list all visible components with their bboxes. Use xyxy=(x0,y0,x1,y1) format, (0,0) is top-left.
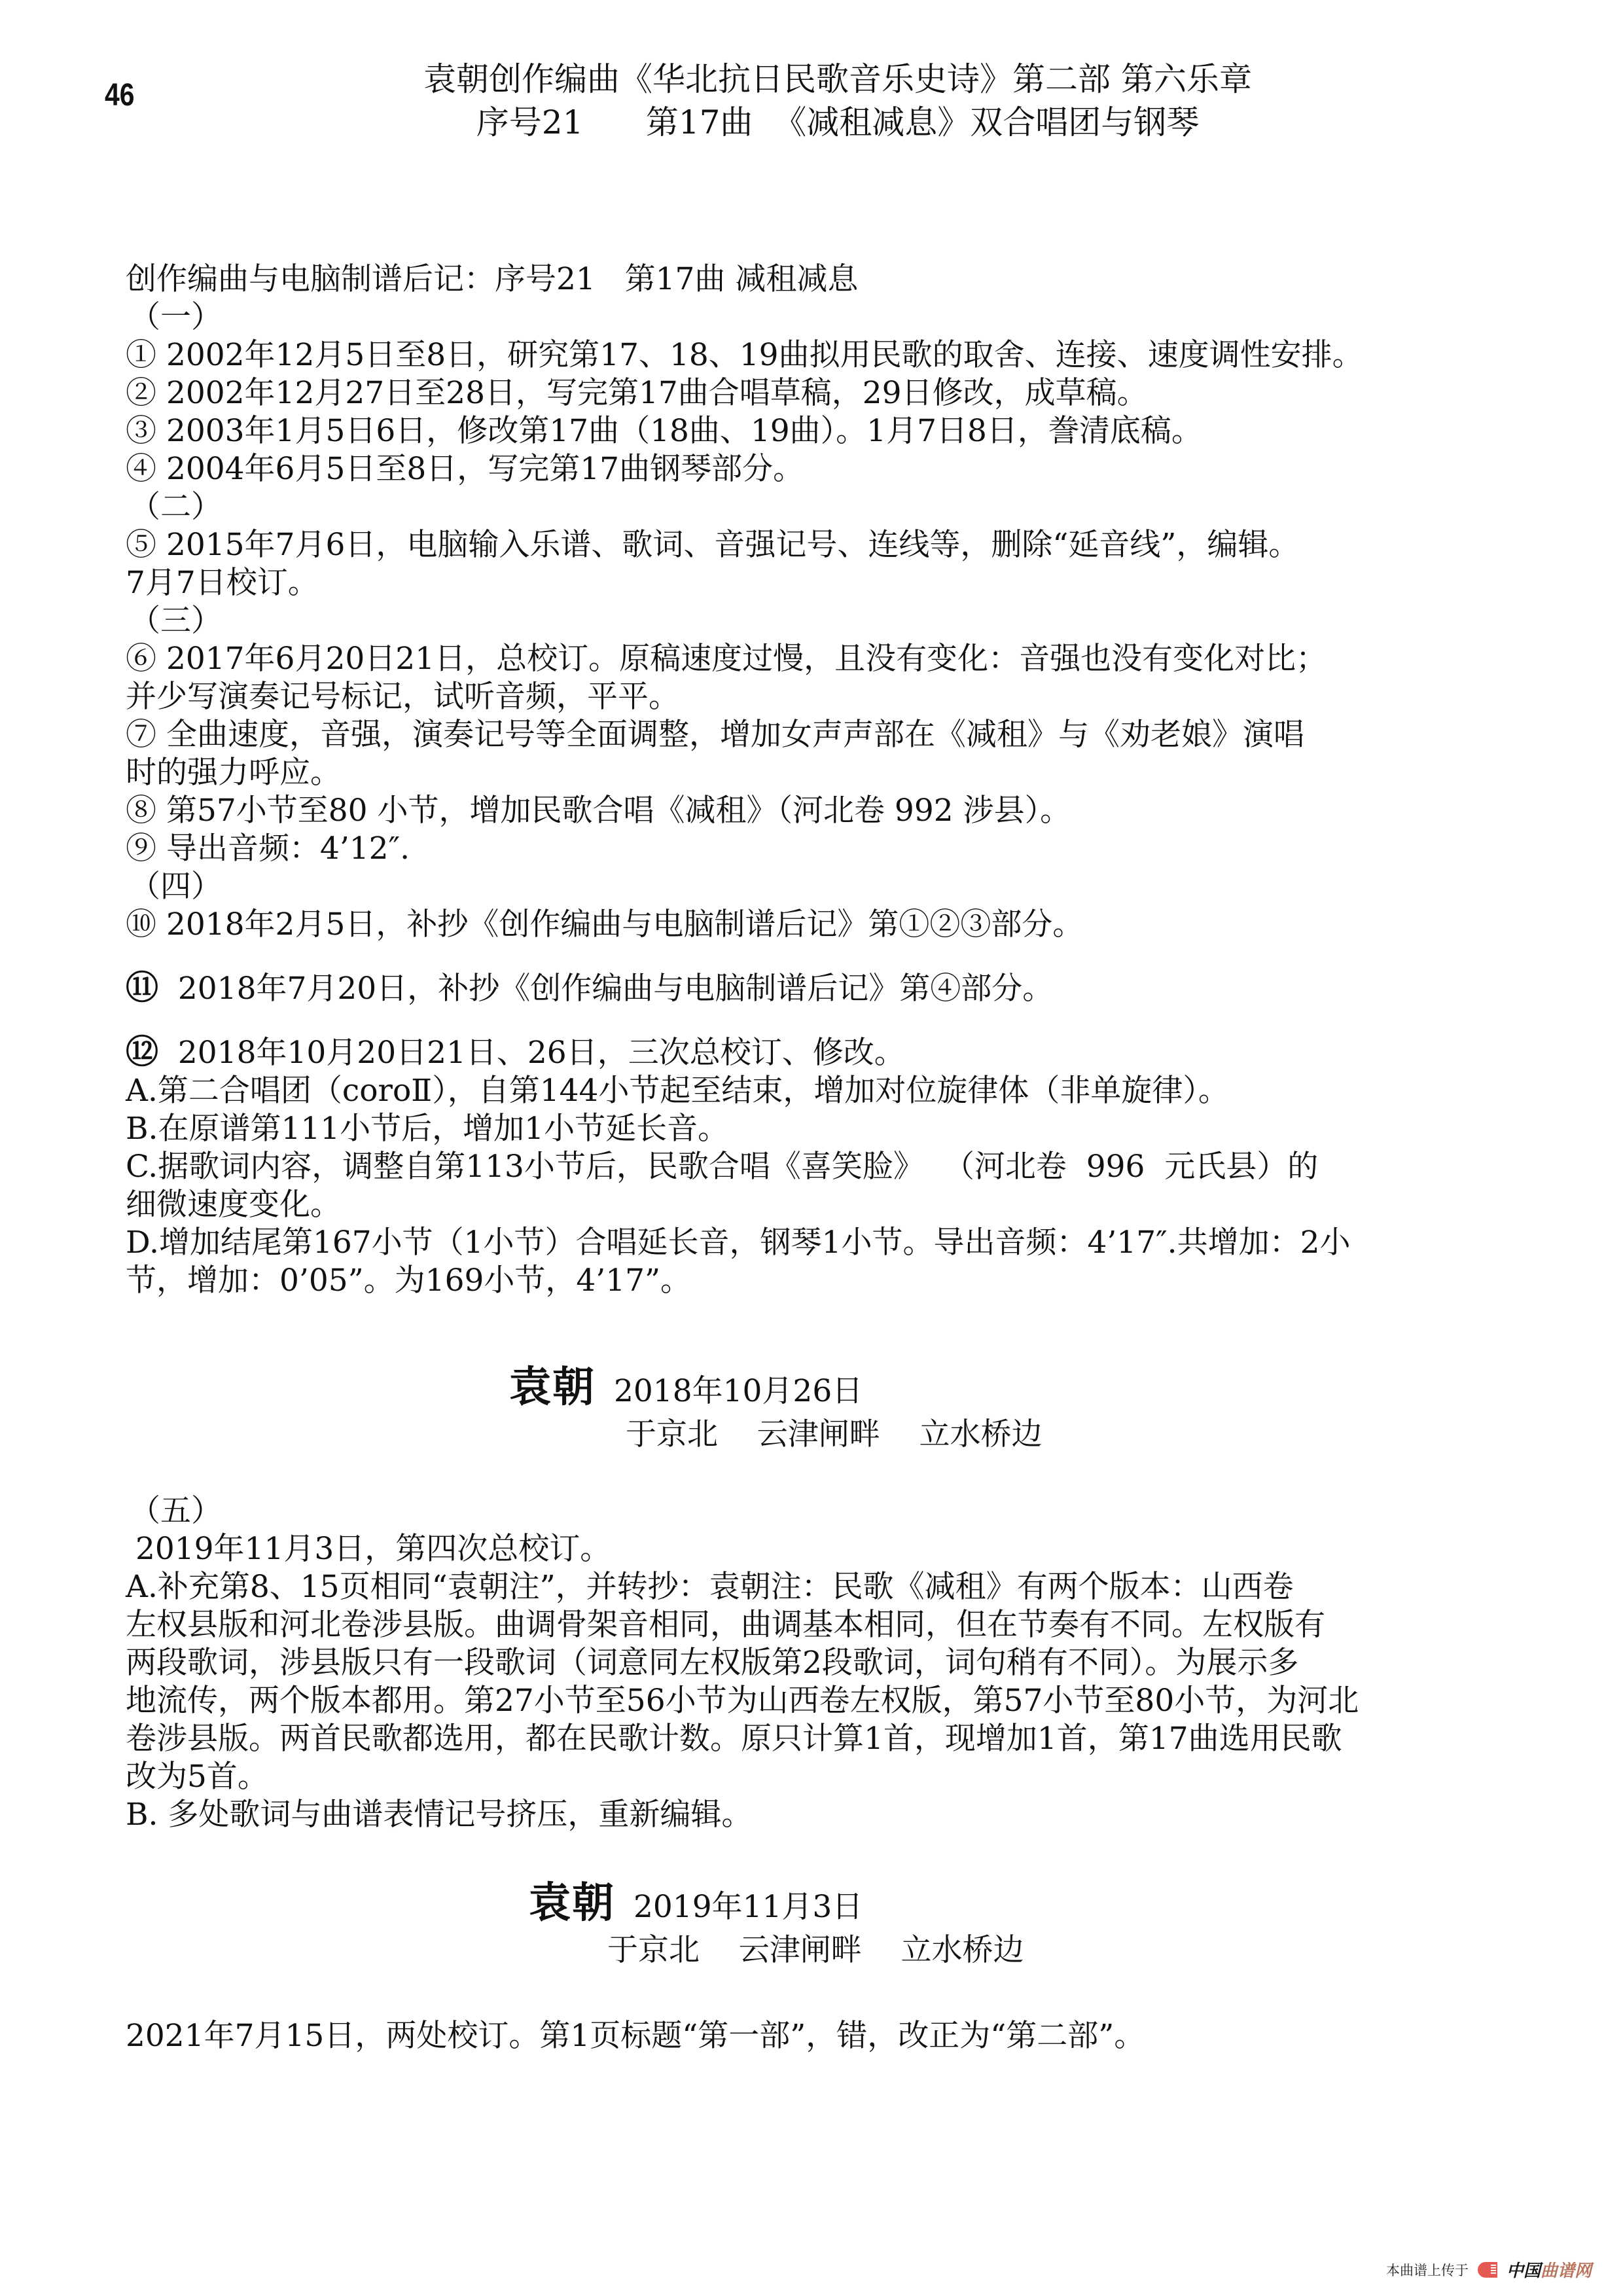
signature-name: 袁朝 xyxy=(529,1879,615,1928)
signature-block-1: 袁朝2018年10月26日 于京北 云津闸畔 立水桥边 xyxy=(509,1368,1043,1454)
afterword-body: 创作编曲与电脑制谱后记：序号21 第17曲 减租减息 （一） ① 2002年12… xyxy=(126,260,1448,1300)
final-note-block: 2021年7月15日，两处校订。第1页标题“第一部”，错，改正为“第二部”。 xyxy=(126,2017,1448,2055)
note-item-11: ⑪ 2018年7月20日，补抄《创作编曲与电脑制谱后记》第④部分。 xyxy=(126,969,1448,1008)
note-item-4: ④ 2004年6月5日至8日，写完第17曲钢琴部分。 xyxy=(126,450,1448,488)
note-item-5: ⑤ 2015年7月6日，电脑输入乐谱、歌词、音强记号、连线等，删除“延音线”，编… xyxy=(126,526,1448,564)
circled-number-11: ⑪ xyxy=(126,969,158,1007)
note-item-9: ⑨ 导出音频：4’12″. xyxy=(126,830,1448,868)
header-subtitle-line: 序号21 第17曲 《减租减息》双合唱团与钢琴 xyxy=(366,101,1309,144)
note-item-5-cont: 7月7日校订。 xyxy=(126,564,1448,602)
signature-place: 于京北 云津闸畔 立水桥边 xyxy=(509,1415,1043,1454)
sub-item-c-cont: 细微速度变化。 xyxy=(126,1186,1448,1224)
note-item-2: ② 2002年12月27日至28日，写完第17曲合唱草稿，29日修改，成草稿。 xyxy=(126,374,1448,412)
note-item-3: ③ 2003年1月5日6日，修改第17曲（18曲、19曲）。1月7日8日，誊清底… xyxy=(126,412,1448,450)
page-number: 46 xyxy=(105,77,134,113)
note-item-1: ① 2002年12月5日至8日，研究第17、18、19曲拟用民歌的取舍、连接、速… xyxy=(126,336,1448,374)
signature-date: 2018年10月26日 xyxy=(614,1373,863,1409)
section-5-item-a-cont-3: 地流传，两个版本都用。第27小节至56小节为山西卷左权版，第57小节至80小节，… xyxy=(126,1682,1448,1720)
header-title-line: 袁朝创作编曲《华北抗日民歌音乐史诗》第二部 第六乐章 xyxy=(366,58,1309,101)
section-5-intro: 2019年11月3日，第四次总校订。 xyxy=(126,1530,1448,1568)
watermark-brand: 中国曲谱网 xyxy=(1507,2257,1592,2282)
section-5-item-a-cont-1: 左权县版和河北卷涉县版。曲调骨架音相同，曲调基本相同，但在节奏有不同。左权版有 xyxy=(126,1606,1448,1644)
section-heading-1: （一） xyxy=(126,298,1448,336)
sub-item-b: B.在原谱第111小节后，增加1小节延长音。 xyxy=(126,1110,1448,1148)
afterword-title: 创作编曲与电脑制谱后记：序号21 第17曲 减租减息 xyxy=(126,260,1448,298)
signature-name: 袁朝 xyxy=(509,1363,596,1412)
watermark-prefix: 本曲谱上传于 xyxy=(1386,2260,1469,2280)
sub-item-a: A.第二合唱团（coroⅡ），自第144小节起至结束，增加对位旋律体（非单旋律）… xyxy=(126,1072,1448,1110)
watermark-brand-b: 曲谱网 xyxy=(1541,2261,1592,2281)
note-item-7: ⑦ 全曲速度，音强，演奏记号等全面调整，增加女声声部在《减租》与《劝老娘》演唱 xyxy=(126,716,1448,754)
section-heading-3: （三） xyxy=(126,602,1448,640)
note-item-11-text: 2018年7月20日，补抄《创作编曲与电脑制谱后记》第④部分。 xyxy=(158,971,1053,1007)
section-heading-5: （五） xyxy=(126,1492,1448,1530)
circled-number-12: ⑫ xyxy=(126,1033,158,1071)
sub-item-c: C.据歌词内容，调整自第113小节后，民歌合唱《喜笑脸》 （河北卷 996 元氏… xyxy=(126,1148,1448,1186)
section-5-item-b: B. 多处歌词与曲谱表情记号挤压，重新编辑。 xyxy=(126,1796,1448,1834)
page-header: 袁朝创作编曲《华北抗日民歌音乐史诗》第二部 第六乐章 序号21 第17曲 《减租… xyxy=(366,58,1309,144)
section-5-item-a-cont-4: 卷涉县版。两首民歌都选用，都在民歌计数。原只计算1首，现增加1首，第17曲选用民… xyxy=(126,1720,1448,1758)
section-5-item-a-cont-5: 改为5首。 xyxy=(126,1758,1448,1796)
note-item-12-text: 2018年10月20日21日、26日，三次总校订、修改。 xyxy=(158,1035,905,1071)
section-5-item-a-cont-2: 两段歌词，涉县版只有一段歌词（词意同左权版第2段歌词，词句稍有不同）。为展示多 xyxy=(126,1644,1448,1682)
sub-item-d-cont: 节，增加：0’05”。为169小节，4’17”。 xyxy=(126,1262,1448,1300)
note-item-12: ⑫ 2018年10月20日21日、26日，三次总校订、修改。 xyxy=(126,1033,1448,1072)
signature-block-2: 袁朝2019年11月3日 于京北 云津闸畔 立水桥边 xyxy=(529,1884,1024,1970)
site-logo-icon xyxy=(1478,2262,1497,2278)
note-item-6-cont: 并少写演奏记号标记，试听音频，平平。 xyxy=(126,678,1448,716)
final-note: 2021年7月15日，两处校订。第1页标题“第一部”，错，改正为“第二部”。 xyxy=(126,2017,1448,2055)
note-item-10: ⑩ 2018年2月5日，补抄《创作编曲与电脑制谱后记》第①②③部分。 xyxy=(126,906,1448,944)
note-item-7-cont: 时的强力呼应。 xyxy=(126,754,1448,792)
afterword-body-2: （五） 2019年11月3日，第四次总校订。 A.补充第8、15页相同“袁朝注”… xyxy=(126,1492,1448,1834)
signature-place: 于京北 云津闸畔 立水桥边 xyxy=(529,1931,1024,1970)
signature-date: 2019年11月3日 xyxy=(633,1889,863,1925)
section-heading-4: （四） xyxy=(126,868,1448,906)
watermark: 本曲谱上传于 中国曲谱网 xyxy=(1386,2257,1592,2282)
note-item-8: ⑧ 第57小节至80 小节，增加民歌合唱《减租》（河北卷 992 涉县）。 xyxy=(126,792,1448,830)
section-5-item-a: A.补充第8、15页相同“袁朝注”，并转抄：袁朝注：民歌《减租》有两个版本：山西… xyxy=(126,1568,1448,1606)
note-item-6: ⑥ 2017年6月20日21日，总校订。原稿速度过慢，且没有变化：音强也没有变化… xyxy=(126,640,1448,678)
watermark-brand-a: 中国 xyxy=(1507,2261,1541,2281)
section-heading-2: （二） xyxy=(126,488,1448,526)
sub-item-d: D.增加结尾第167小节（1小节）合唱延长音，钢琴1小节。导出音频：4’17″.… xyxy=(126,1224,1448,1262)
